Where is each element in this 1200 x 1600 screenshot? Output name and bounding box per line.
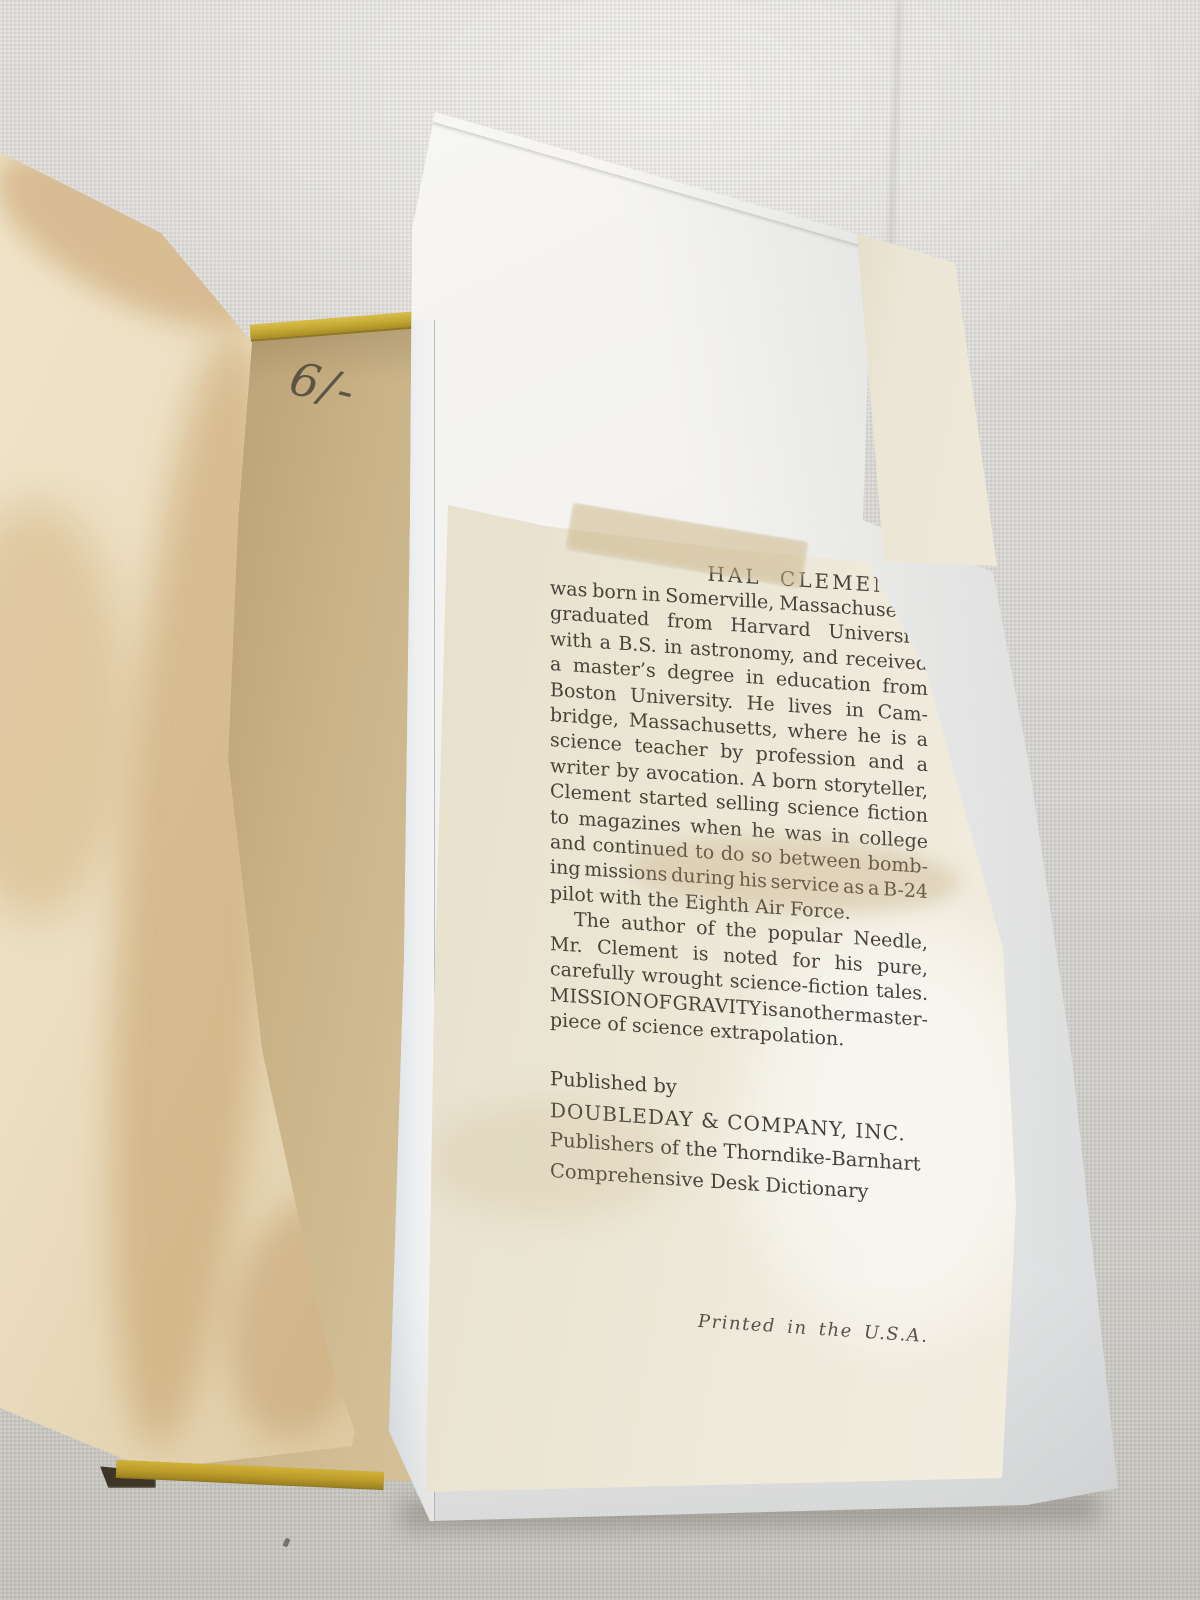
flap-text-block: HAL CLEMENT wasborninSomerville,Massachu… <box>550 550 928 1347</box>
flap-bio: wasborninSomerville,Massachusetts,gradua… <box>550 576 928 1058</box>
printed-note: Printed in the U.S.A. <box>698 1311 928 1347</box>
flap-stain-lower <box>426 1100 676 1220</box>
endpaper-stain-blob <box>0 500 130 920</box>
